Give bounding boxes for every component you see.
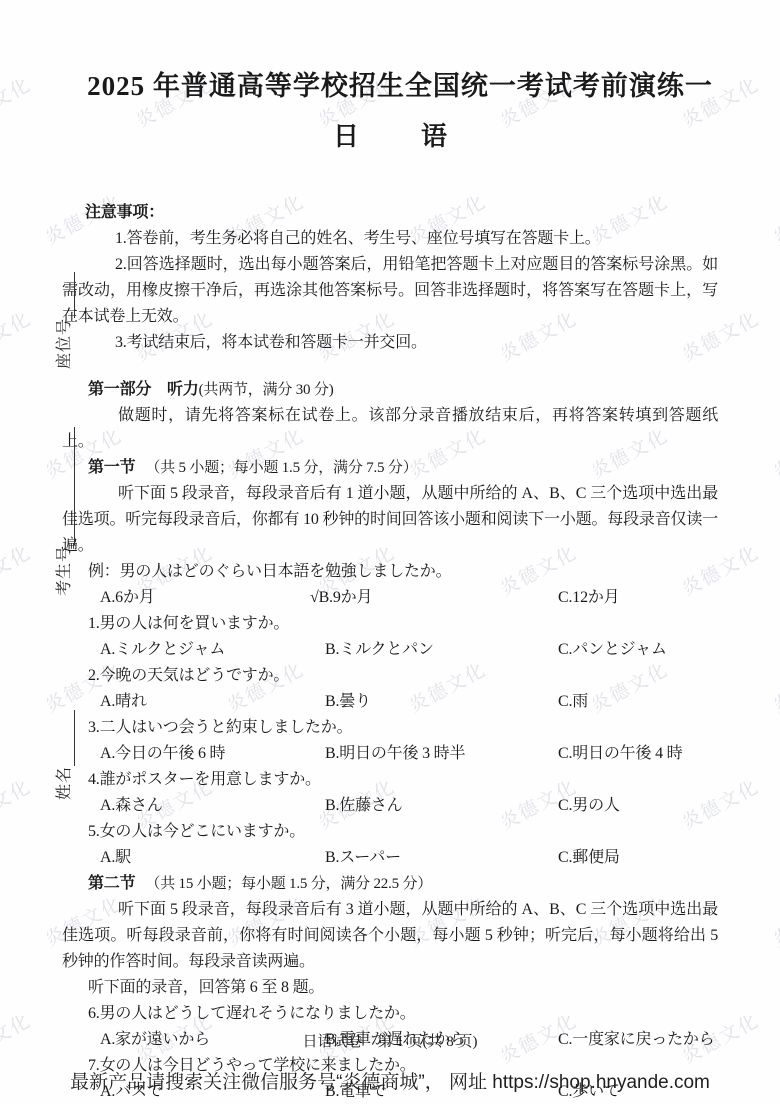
seal-line-rail: 姓名 考生号 座位号: [49, 240, 75, 800]
page-number-footer: 日语试卷 第 1 页(共 8 页): [0, 1029, 780, 1055]
question-2-option-c: C.雨: [558, 689, 588, 715]
question-3-option-b: B.明日の午後 3 時半: [325, 741, 465, 767]
notice-item-2: 2.回答选择题时，选出每小题答案后，用铅笔把答题卡上对应题目的答案标号涂黑。如需…: [62, 252, 718, 330]
section2-heading: 第二节（共 15 小题；每小题 1.5 分，满分 22.5 分）: [62, 871, 718, 897]
section1-heading-score: （共 5 小题；每小题 1.5 分，满分 7.5 分）: [145, 460, 417, 476]
watermark-text: 炎德文化: [768, 421, 780, 484]
notice-item-3: 3.考试结束后，将本试卷和答题卡一并交回。: [62, 330, 718, 356]
notice-heading: 注意事项：: [62, 200, 718, 226]
question-5-options-row: A.駅 B.スーパー C.郵便局: [62, 845, 718, 871]
candidate-number-blank-line: [57, 427, 75, 545]
question-3-option-a: A.今日の午後 6 時: [100, 741, 225, 767]
question-3-options-row: A.今日の午後 6 時 B.明日の午後 3 時半 C.明日の午後 4 時: [62, 741, 718, 767]
part1-heading-label: 第一部分 听力: [88, 381, 199, 398]
section2-intro: 听下面 5 段录音，每段录音后有 3 道小题，从题中所给的 A、B、C 三个选项…: [62, 897, 718, 975]
watermark-text: 炎德文化: [768, 187, 780, 250]
section1-heading: 第一节（共 5 小题；每小题 1.5 分，满分 7.5 分）: [62, 455, 718, 481]
subject-char-second: 语: [421, 116, 447, 153]
section2-heading-label: 第二节: [88, 875, 135, 892]
subject-title: 日 语: [0, 116, 780, 153]
notice-item-1: 1.答卷前，考生务必将自己的姓名、考生号、座位号填写在答题卡上。: [62, 226, 718, 252]
section2-passage-intro: 听下面的录音，回答第 6 至 8 题。: [62, 975, 718, 1001]
part1-heading-score: (共两节，满分 30 分): [199, 382, 334, 398]
subject-char-first: 日: [333, 116, 359, 153]
question-1-option-a: A.ミルクとジャム: [100, 637, 225, 663]
watermark-text: 炎德文化: [768, 655, 780, 718]
name-blank-line: [57, 710, 75, 766]
example-option-b-checked: √B.9か月: [310, 585, 372, 611]
question-5-option-c: C.郵便局: [558, 845, 620, 871]
seal-spacer: [74, 596, 75, 710]
watermark-text: 炎德文化: [0, 538, 35, 601]
watermark-text: 炎德文化: [768, 889, 780, 952]
section-gap: [62, 356, 718, 377]
seat-number-label: 座位号: [55, 318, 75, 369]
question-4-option-c: C.男の人: [558, 793, 620, 819]
candidate-number-label: 考生号: [55, 545, 75, 596]
question-2-options-row: A.晴れ B.曇り C.雨: [62, 689, 718, 715]
question-2-option-b: B.曇り: [325, 689, 371, 715]
watermark-text: 炎德文化: [0, 772, 35, 835]
question-4-stem: 4.誰がポスターを用意しますか。: [62, 767, 718, 793]
question-5-option-a: A.駅: [100, 845, 131, 871]
question-4-options-row: A.森さん B.佐藤さん C.男の人: [62, 793, 718, 819]
seat-number-blank-line: [57, 272, 75, 318]
section1-heading-label: 第一节: [88, 459, 135, 476]
part1-heading: 第一部分 听力(共两节，满分 30 分): [62, 377, 718, 403]
exam-body: 注意事项： 1.答卷前，考生务必将自己的姓名、考生号、座位号填写在答题卡上。 2…: [62, 200, 718, 1104]
name-label: 姓名: [55, 766, 75, 800]
seal-spacer: [74, 369, 75, 427]
question-4-option-a: A.森さん: [100, 793, 163, 819]
question-2-option-a: A.晴れ: [100, 689, 147, 715]
question-1-option-b: B.ミルクとパン: [325, 637, 434, 663]
question-6-stem: 6.男の人はどうして遅れそうになりましたか。: [62, 1001, 718, 1027]
publisher-promo-line: 最新产品请搜索关注微信服务号“炎德商城”， 网址 https://shop.hn…: [0, 1070, 780, 1096]
question-1-options-row: A.ミルクとジャム B.ミルクとパン C.パンとジャム: [62, 637, 718, 663]
section1-intro: 听下面 5 段录音，每段录音后有 1 道小题，从题中所给的 A、B、C 三个选项…: [62, 481, 718, 559]
question-3-stem: 3.二人はいつ会うと約束しましたか。: [62, 715, 718, 741]
exam-paper-page: 炎德文化炎德文化炎德文化炎德文化炎德文化炎德文化炎德文化炎德文化炎德文化炎德文化…: [0, 0, 780, 1104]
question-1-stem: 1.男の人は何を買いますか。: [62, 611, 718, 637]
question-5-option-b: B.スーパー: [325, 845, 401, 871]
question-5-stem: 5.女の人は今どこにいますか。: [62, 819, 718, 845]
question-2-stem: 2.今晩の天気はどうですか。: [62, 663, 718, 689]
example-option-a: A.6か月: [100, 585, 155, 611]
section2-heading-score: （共 15 小题；每小题 1.5 分，满分 22.5 分）: [145, 876, 432, 892]
exam-title: 2025 年普通高等学校招生全国统一考试考前演练一: [40, 64, 760, 103]
part1-intro: 做题时，请先将答案标在试卷上。该部分录音播放结束后，再将答案转填到答题纸上。: [62, 403, 718, 455]
question-1-option-c: C.パンとジャム: [558, 637, 667, 663]
question-3-option-c: C.明日の午後 4 時: [558, 741, 682, 767]
example-options-row: A.6か月 √B.9か月 C.12か月: [62, 585, 718, 611]
example-option-c: C.12か月: [558, 585, 619, 611]
example-question-stem: 例：男の人はどのぐらい日本語を勉強しましたか。: [62, 559, 718, 585]
watermark-text: 炎德文化: [0, 304, 35, 367]
question-4-option-b: B.佐藤さん: [325, 793, 402, 819]
